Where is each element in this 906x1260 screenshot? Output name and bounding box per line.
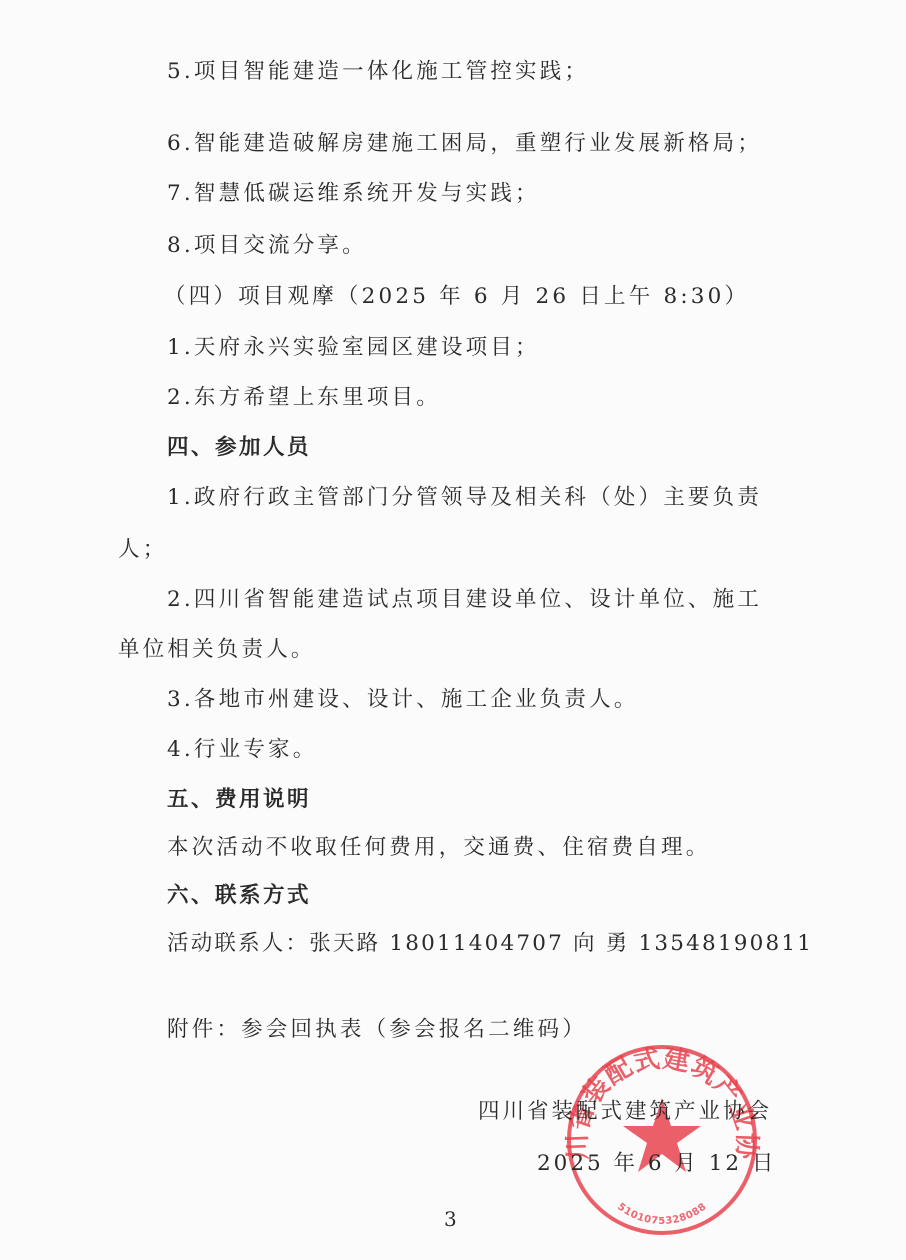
signing-date: 2025 年 6 月 12 日 <box>537 1150 776 1178</box>
page-number: 3 <box>444 1207 457 1231</box>
attachment-note: 附件：参会回执表（参会报名二维码） <box>167 1016 587 1044</box>
observation-item-2: 2.东方希望上东里项目。 <box>167 384 441 412</box>
participant-1-line2: 人； <box>118 536 167 564</box>
contact-persons: 活动联系人：张天路 18011404707 向 勇 13548190811 <box>167 930 813 958</box>
agenda-item-5: 5.项目智能建造一体化施工管控实践； <box>167 58 589 86</box>
participant-4: 4.行业专家。 <box>167 736 317 764</box>
participant-1-line1: 1.政府行政主管部门分管领导及相关科（处）主要负责 <box>167 484 762 512</box>
svg-text:5101075328088: 5101075328088 <box>615 1201 709 1227</box>
fee-description: 本次活动不收取任何费用，交通费、住宿费自理。 <box>167 834 710 862</box>
section-heading-contact: 六、联系方式 <box>167 882 311 910</box>
participant-2-line2: 单位相关负责人。 <box>118 636 316 664</box>
section-heading-participants: 四、参加人员 <box>167 434 311 462</box>
agenda-item-7: 7.智慧低碳运维系统开发与实践； <box>167 180 540 208</box>
observation-item-1: 1.天府永兴实验室园区建设项目； <box>167 334 540 362</box>
participant-3: 3.各地市州建设、设计、施工企业负责人。 <box>167 686 639 714</box>
section-heading-fees: 五、费用说明 <box>167 786 311 814</box>
official-seal-icon: 四川省装配式建筑产业协会 5101075328088 <box>562 1040 762 1240</box>
agenda-item-8: 8.项目交流分享。 <box>167 232 367 260</box>
agenda-item-6: 6.智能建造破解房建施工困局，重塑行业发展新格局； <box>167 130 762 158</box>
signing-organization: 四川省装配式建筑产业协会 <box>478 1098 772 1126</box>
participant-2-line1: 2.四川省智能建造试点项目建设单位、设计单位、施工 <box>167 586 762 614</box>
subsection-observation: （四）项目观摩（2025 年 6 月 26 日上午 8:30） <box>164 283 749 311</box>
